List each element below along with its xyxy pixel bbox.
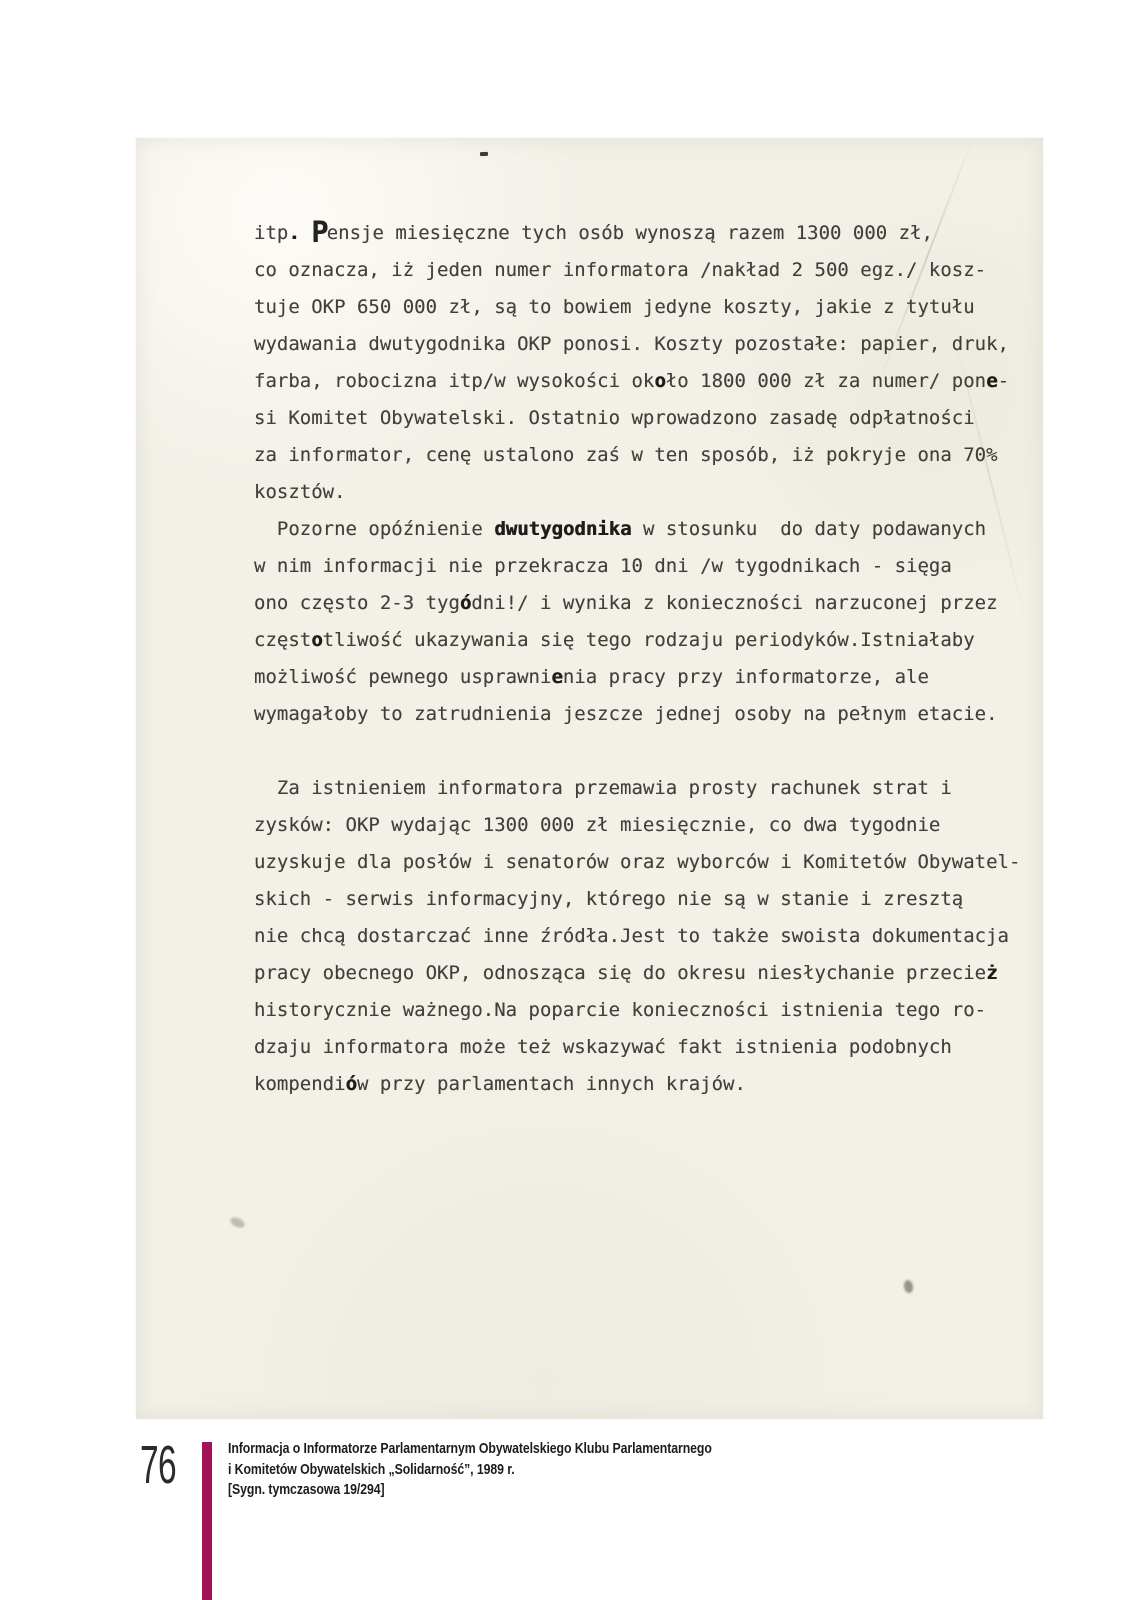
- pencil-smudge: [229, 1215, 246, 1229]
- caption-line: i Komitetów Obywatelskich „Solidarność”,…: [228, 1460, 851, 1481]
- typewritten-line: zysków: OKP wydając 1300 000 zł miesięcz…: [254, 807, 1044, 844]
- typewritten-line: pracy obecnego OKP, odnosząca się do okr…: [254, 955, 1044, 992]
- typewritten-line: częstotliwość ukazywania się tego rodzaj…: [254, 622, 1044, 659]
- typewritten-line: wydawania dwutygodnika OKP ponosi. Koszt…: [254, 326, 1044, 363]
- typewritten-line: skich - serwis informacyjny, którego nie…: [254, 881, 1044, 918]
- typewritten-line: kompendiów przy parlamentach innych kraj…: [254, 1066, 1044, 1103]
- scanned-document-page: itp. Pensje miesięczne tych osób wynoszą…: [136, 138, 1043, 1419]
- typewritten-line: za informator, cenę ustalono zaś w ten s…: [254, 437, 1044, 474]
- ink-smudge: [903, 1279, 914, 1293]
- typewritten-line: możliwość pewnego usprawnienia pracy prz…: [254, 659, 1044, 696]
- typewritten-line: kosztów.: [254, 474, 1044, 511]
- typewritten-line: wymagałoby to zatrudnienia jeszcze jedne…: [254, 696, 1044, 733]
- typewritten-line: uzyskuje dla posłów i senatorów oraz wyb…: [254, 844, 1044, 881]
- typewritten-line: farba, robocizna itp/w wysokości około 1…: [254, 363, 1044, 400]
- typewritten-text-block: itp. Pensje miesięczne tych osób wynoszą…: [254, 215, 1044, 1103]
- typewritten-line: ono często 2-3 tygódni!/ i wynika z koni…: [254, 585, 1044, 622]
- typewritten-line: nie chcą dostarczać inne źródła.Jest to …: [254, 918, 1044, 955]
- typewritten-line: [254, 733, 1044, 770]
- caption-accent-bar: [202, 1442, 212, 1600]
- typewritten-line: dzaju informatora może też wskazywać fak…: [254, 1029, 1044, 1066]
- caption-line: Informacja o Informatorze Parlamentarnym…: [228, 1439, 851, 1460]
- typewritten-line: Za istnieniem informatora przemawia pros…: [254, 770, 1044, 807]
- typewritten-line: Pozorne opóźnienie dwutygodnika w stosun…: [254, 511, 1044, 548]
- ink-mark: [480, 152, 488, 156]
- caption-text-block: Informacja o Informatorze Parlamentarnym…: [228, 1439, 851, 1501]
- typewritten-line: co oznacza, iż jeden numer informatora /…: [254, 252, 1044, 289]
- page-number: 76: [140, 1438, 176, 1492]
- caption-line: [Sygn. tymczasowa 19/294]: [228, 1480, 851, 1501]
- typewritten-line: w nim informacji nie przekracza 10 dni /…: [254, 548, 1044, 585]
- typewritten-line: itp. Pensje miesięczne tych osób wynoszą…: [254, 215, 1044, 252]
- typewritten-line: si Komitet Obywatelski. Ostatnio wprowad…: [254, 400, 1044, 437]
- typewritten-line: tuje OKP 650 000 zł, są to bowiem jedyne…: [254, 289, 1044, 326]
- typewritten-line: historycznie ważnego.Na poparcie koniecz…: [254, 992, 1044, 1029]
